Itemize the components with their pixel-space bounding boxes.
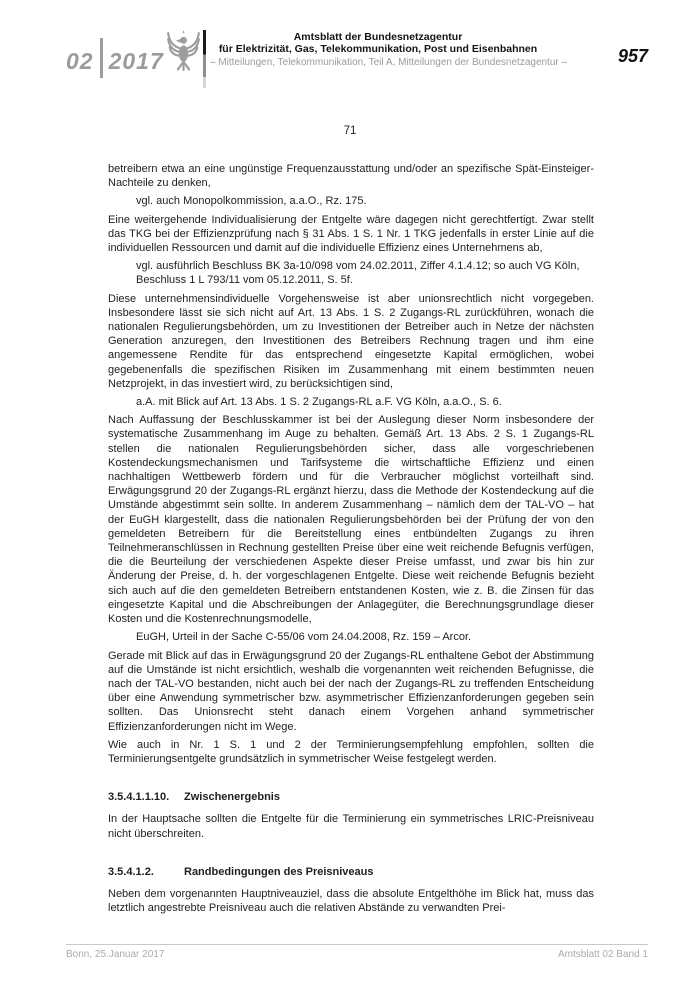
citation-paragraph: a.A. mit Blick auf Art. 13 Abs. 1 S. 2 Z… [136,395,594,409]
section-heading: 3.5.4.1.2.Randbedingungen des Preisnivea… [108,865,594,879]
body-paragraph: betreibern etwa an eine ungünstige Frequ… [108,162,594,190]
issue-block: 02 2017 [66,38,164,78]
footer-volume: Amtsblatt 02 Band 1 [558,949,648,960]
body-paragraph: Nach Auffassung der Beschlusskammer ist … [108,413,594,626]
citation-paragraph: EuGH, Urteil in der Sache C-55/06 vom 24… [136,630,594,644]
issue-divider [100,38,103,78]
gazette-title-line2: für Elektrizität, Gas, Telekommunikation… [205,44,551,56]
section-number: 3.5.4.1.2. [108,865,184,879]
footer-date: Bonn, 25.Januar 2017 [66,949,164,960]
citation-paragraph: vgl. auch Monopolkommission, a.a.O., Rz.… [136,194,594,208]
gazette-title: Amtsblatt der Bundesnetzagentur für Elek… [205,32,551,55]
gazette-title-line1: Amtsblatt der Bundesnetzagentur [205,32,551,44]
issue-year: 2017 [109,48,164,75]
federal-eagle-icon [165,27,202,72]
body-paragraph: Eine weitergehende Individualisierung de… [108,213,594,256]
issue-number: 02 [66,48,94,75]
document-body: betreibern etwa an eine ungünstige Frequ… [108,162,594,919]
body-paragraph: Wie auch in Nr. 1 S. 1 und 2 der Termini… [108,738,594,766]
section-number: 3.5.4.1.1.10. [108,790,184,804]
inner-page-number: 71 [0,125,700,137]
body-paragraph: Diese unternehmensindividuelle Vorgehens… [108,292,594,391]
gazette-subtitle: – Mitteilungen, Telekommunikation, Teil … [210,57,570,68]
section-title: Randbedingungen des Preisniveaus [184,865,374,879]
page-footer: Bonn, 25.Januar 2017 Amtsblatt 02 Band 1 [66,944,648,960]
body-paragraph: In der Hauptsache sollten die Entgelte f… [108,812,594,840]
citation-paragraph: vgl. ausführlich Beschluss BK 3a-10/098 … [136,259,594,287]
gazette-page-number: 957 [618,46,648,67]
section-heading: 3.5.4.1.1.10.Zwischenergebnis [108,790,594,804]
body-paragraph: Neben dem vorgenannten Hauptniveauziel, … [108,887,594,915]
body-paragraph: Gerade mit Blick auf das in Erwägungsgru… [108,649,594,734]
section-title: Zwischenergebnis [184,790,280,804]
